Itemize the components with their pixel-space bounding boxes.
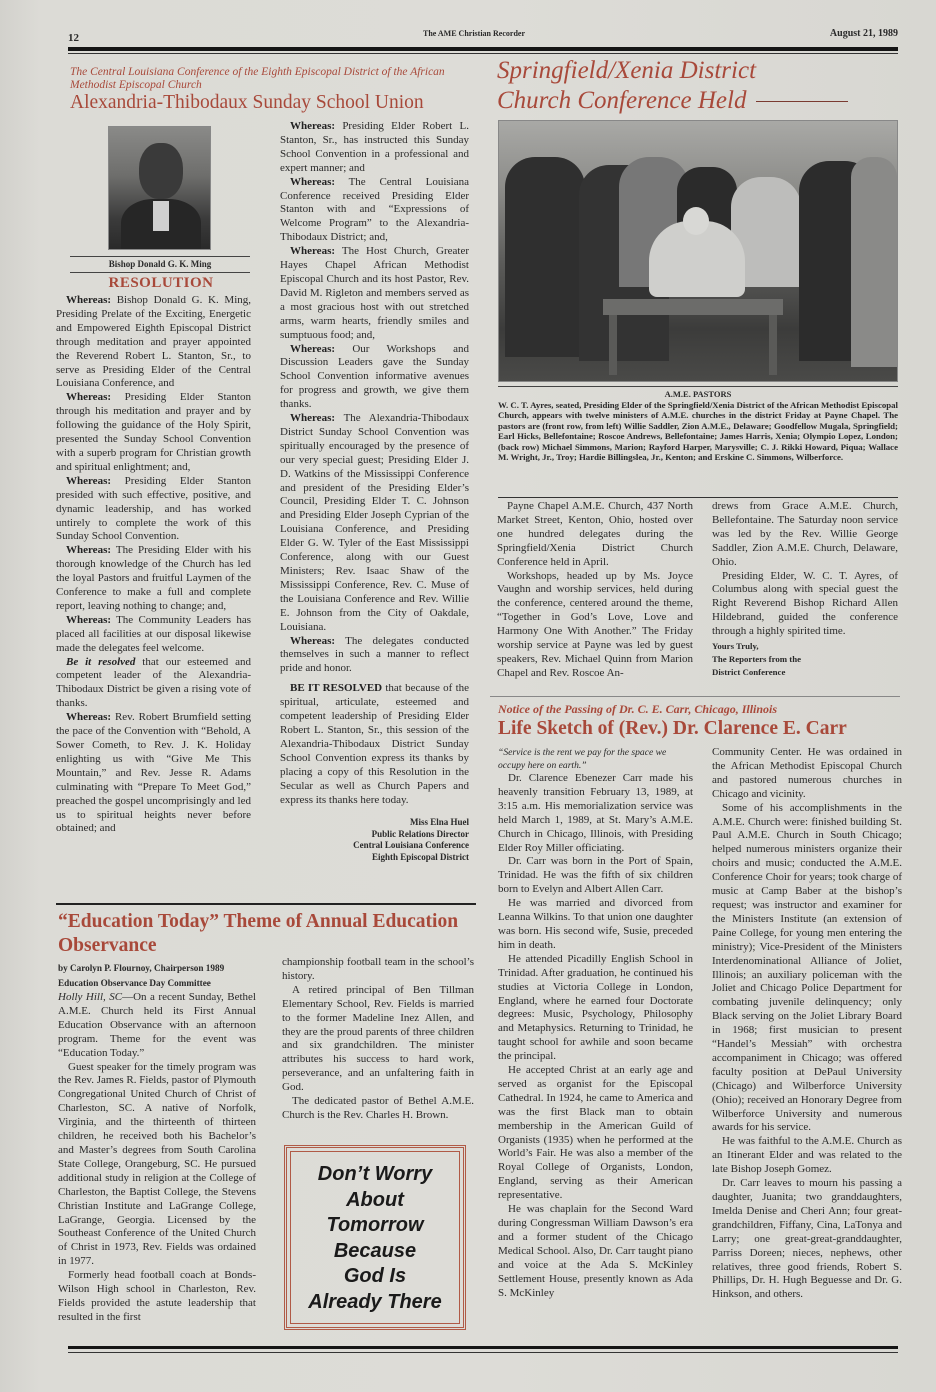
springfield-headline: Springfield/Xenia District Church Confer… (497, 56, 907, 116)
issue-date: August 21, 1989 (830, 28, 898, 39)
resolution-paragraph: Whereas: The Host Church, Greater Hayes … (280, 245, 469, 342)
resolution-paragraph: Whereas: Bishop Donald G. K. Ming, Presi… (56, 294, 251, 391)
carr-col2: Community Center. He was ordained in the… (712, 746, 902, 1302)
resolution-paragraph: Whereas: Rev. Robert Brumfield setting t… (56, 711, 251, 836)
ad-line: Don’t Worry (287, 1162, 463, 1188)
article-paragraph: Payne Chapel A.M.E. Church, 437 North Ma… (497, 500, 693, 570)
alexandria-col2: Whereas: Presiding Elder Robert L. Stant… (280, 120, 469, 863)
page-number: 12 (68, 32, 79, 44)
pastors-group-photo (498, 120, 898, 382)
alexandria-headline: Alexandria-Thibodaux Sunday School Union (70, 92, 490, 114)
springfield-col2: drews from Grace A.M.E. Church, Bellefon… (712, 500, 898, 679)
carr-kicker: Notice of the Passing of Dr. C. E. Carr,… (498, 703, 908, 716)
resolution-paragraph: Whereas: Our Workshops and Discussion Le… (280, 343, 469, 413)
article-paragraph: Presiding Elder, W. C. T. Ayres, of Colu… (712, 570, 898, 640)
article-paragraph: Guest speaker for the timely program was… (58, 1061, 256, 1270)
resolution-paragraph: Whereas: The Central Louisiana Conferenc… (280, 176, 469, 246)
resolution-paragraph: Whereas: The Presiding Elder with his th… (56, 544, 251, 614)
education-dateline: Holly Hill, SC (58, 991, 122, 1003)
article-paragraph: He attended Picadilly English School in … (498, 953, 693, 1064)
bishop-photo-caption-wrap: Bishop Donald G. K. Ming (70, 256, 250, 273)
pastors-caption-text: W. C. T. Ayres, seated, Presiding Elder … (498, 400, 898, 464)
resolution-paragraph: BE IT RESOLVED that because of the spiri… (280, 682, 469, 807)
article-paragraph: drews from Grace A.M.E. Church, Bellefon… (712, 500, 898, 570)
resolution-paragraph: Whereas: Presiding Elder Robert L. Stant… (280, 120, 469, 176)
pastors-caption-block: A.M.E. PASTORS W. C. T. Ayres, seated, P… (498, 386, 898, 463)
alexandria-col1: Whereas: Bishop Donald G. K. Ming, Presi… (56, 294, 251, 836)
article-paragraph: Dr. Clarence Ebenezer Carr made his heav… (498, 772, 693, 855)
pastors-caption-title: A.M.E. PASTORS (498, 389, 898, 400)
education-headline: “Education Today” Theme of Annual Educat… (58, 910, 478, 958)
resolution-paragraph: Whereas: Presiding Elder Stanton preside… (56, 475, 251, 545)
footer-rule-thin (68, 1352, 898, 1353)
article-paragraph: A retired principal of Ben Tillman Eleme… (282, 984, 474, 1095)
article-paragraph: He was married and divorced from Leanna … (498, 897, 693, 953)
article-paragraph: He accepted Christ at an early age and s… (498, 1064, 693, 1203)
newspaper-page: 12 The AME Christian Recorder August 21,… (0, 0, 936, 1392)
ad-line: About (287, 1188, 463, 1214)
resolution-paragraph: Whereas: The delegates conducted themsel… (280, 635, 469, 677)
article-paragraph: championship football team in the school… (282, 956, 474, 984)
resolution-subhead: RESOLUTION (70, 275, 252, 292)
header-rule (68, 47, 898, 51)
header-rule-thin (68, 53, 898, 54)
resolution-paragraph: Whereas: Presiding Elder Stanton through… (56, 391, 251, 474)
bishop-photo-caption: Bishop Donald G. K. Ming (70, 259, 250, 270)
section-divider (490, 696, 900, 697)
article-paragraph: Formerly head football coach at Bonds-Wi… (58, 1269, 256, 1325)
education-top-rule (56, 903, 476, 905)
alexandria-signature: Miss Elna Huel Public Relations Director… (280, 817, 469, 863)
inspirational-ad-box: Don’t Worry About Tomorrow Because God I… (284, 1145, 466, 1330)
resolution-paragraph: Whereas: The Alexandria-Thibodaux Distri… (280, 412, 469, 635)
carr-headline: Life Sketch of (Rev.) Dr. Clarence E. Ca… (498, 717, 908, 741)
publication-name: The AME Christian Recorder (423, 29, 525, 38)
footer-rule (68, 1346, 898, 1349)
carr-quote: “Service is the rent we pay for the spac… (498, 746, 693, 772)
bishop-photo (108, 126, 211, 250)
ad-line: God Is (287, 1264, 463, 1290)
caption-rule (498, 497, 898, 498)
education-byline: by Carolyn P. Flournoy, Chairperson 1989… (58, 961, 256, 991)
springfield-signature: Yours Truly, The Reporters from the Dist… (712, 640, 898, 679)
alexandria-kicker: The Central Louisiana Conference of the … (70, 66, 480, 92)
article-paragraph: Workshops, headed up by Ms. Joyce Vaughn… (497, 570, 693, 681)
article-paragraph: Some of his accomplishments in the A.M.E… (712, 802, 902, 1136)
ad-line: Already There (287, 1290, 463, 1316)
article-paragraph: He was faithful to the A.M.E. Church as … (712, 1135, 902, 1177)
ad-line: Because (287, 1239, 463, 1265)
article-paragraph: Community Center. He was ordained in the… (712, 746, 902, 802)
resolution-paragraph: Whereas: The Community Leaders has place… (56, 614, 251, 656)
article-paragraph: Dr. Carr was born in the Port of Spain, … (498, 855, 693, 897)
article-paragraph: The dedicated pastor of Bethel A.M.E. Ch… (282, 1095, 474, 1123)
article-paragraph: He was chaplain for the Second Ward duri… (498, 1203, 693, 1300)
ad-line: Tomorrow (287, 1213, 463, 1239)
education-col1: by Carolyn P. Flournoy, Chairperson 1989… (58, 961, 256, 1325)
resolution-paragraph: Be it resolved that our esteemed and com… (56, 656, 251, 712)
carr-col1: “Service is the rent we pay for the spac… (498, 746, 693, 1300)
springfield-col1: Payne Chapel A.M.E. Church, 437 North Ma… (497, 500, 693, 681)
article-paragraph: Dr. Carr leaves to mourn his passing a d… (712, 1177, 902, 1302)
education-col2: championship football team in the school… (282, 956, 474, 1123)
